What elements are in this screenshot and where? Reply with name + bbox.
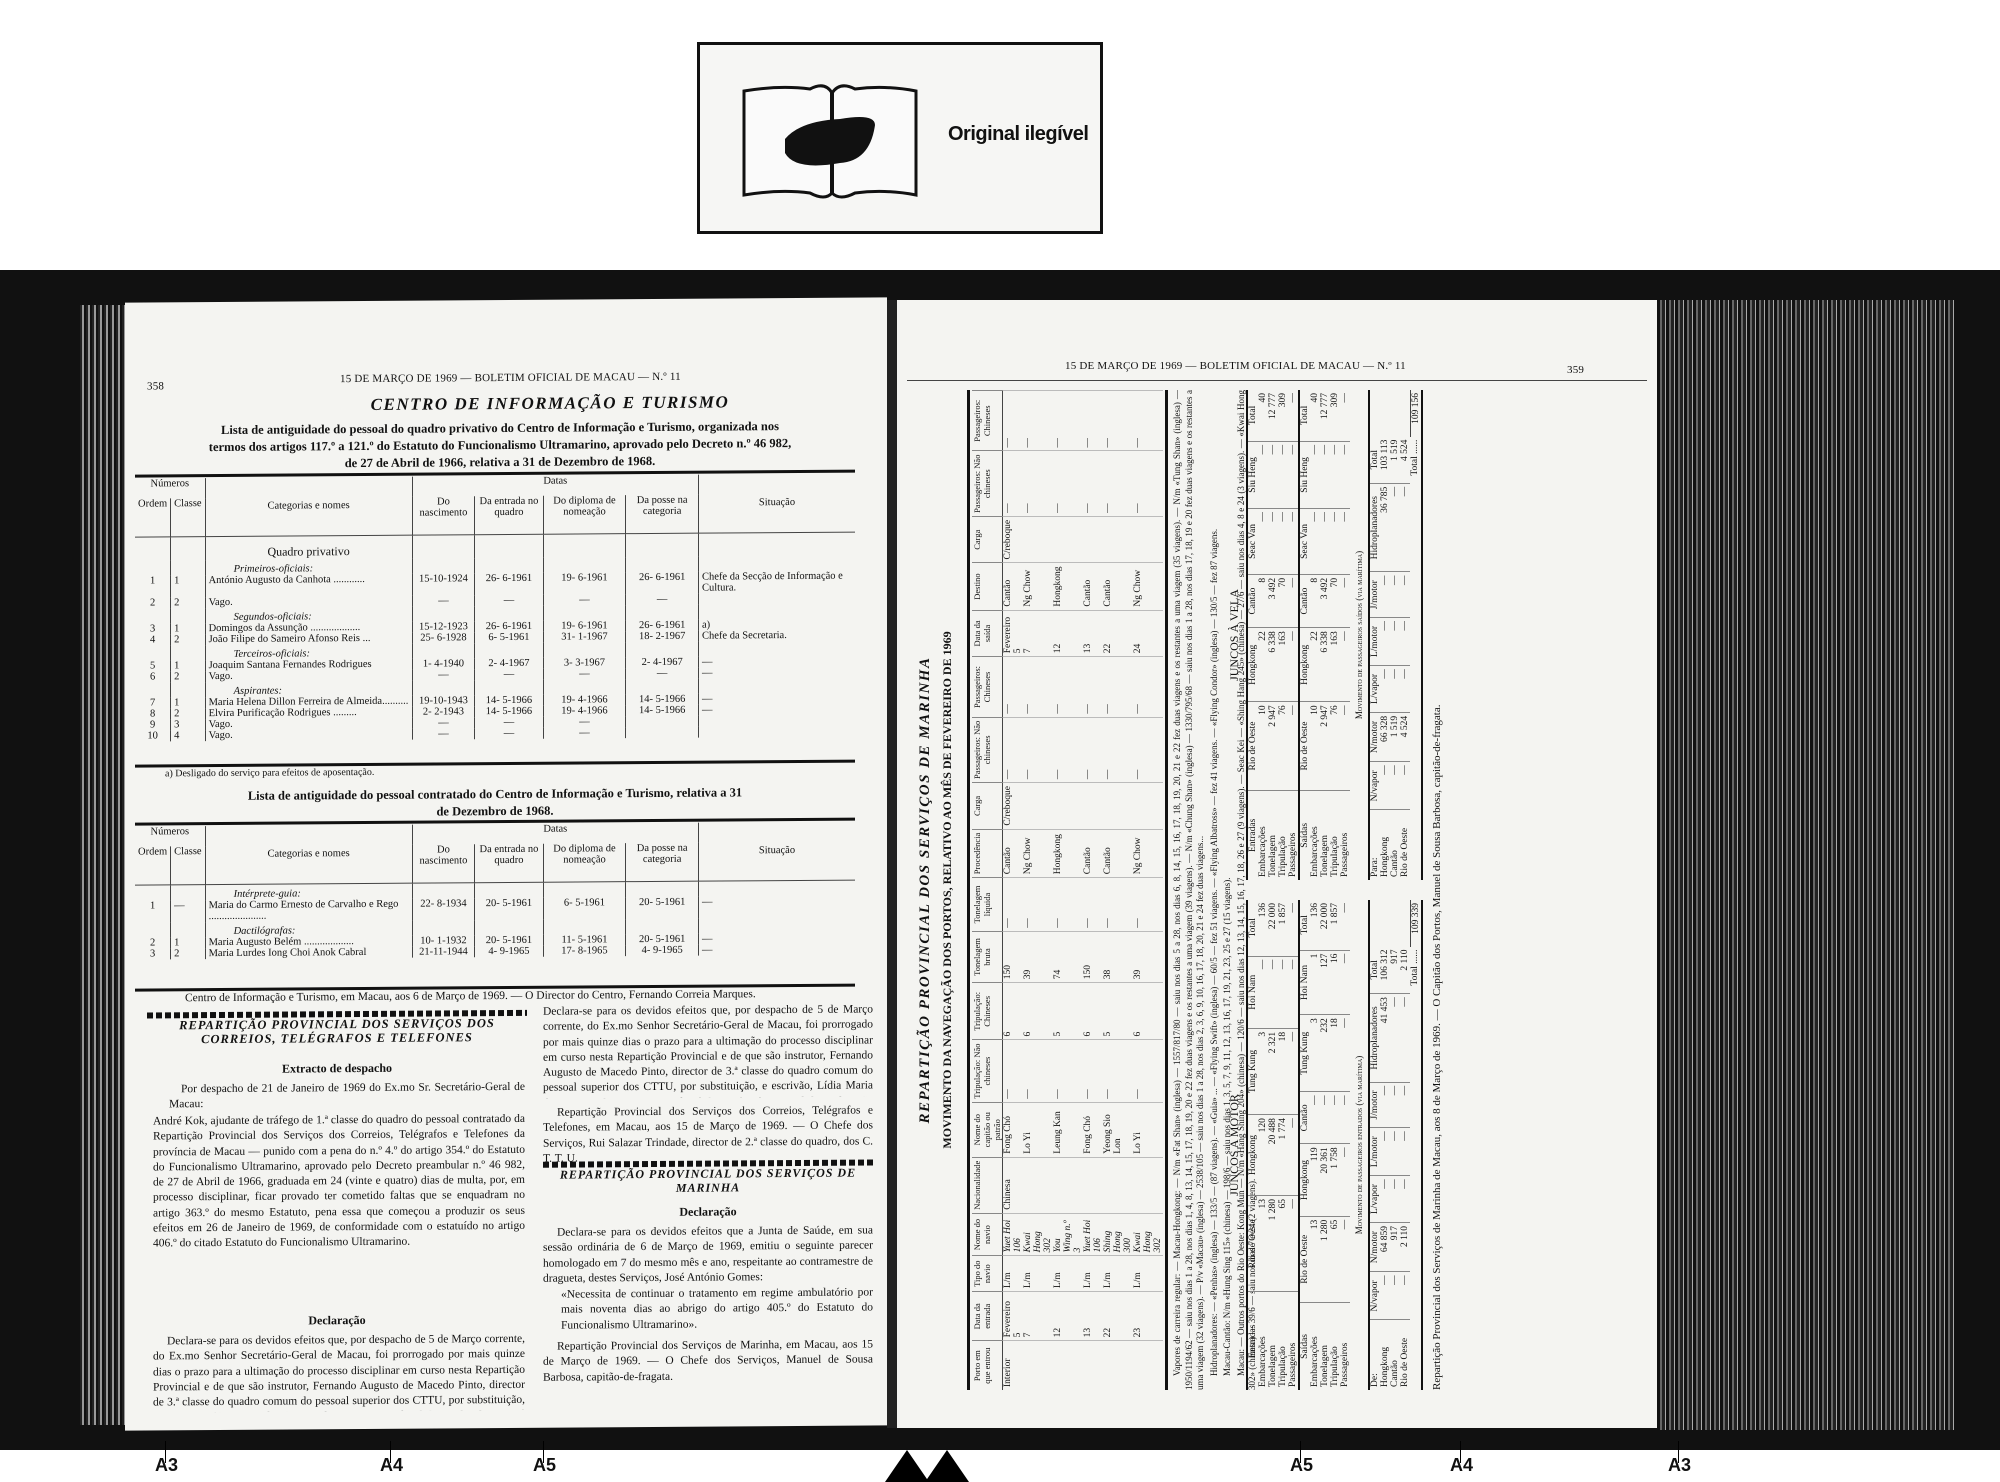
stat-value: — bbox=[1340, 628, 1350, 702]
film-mark: A4 bbox=[380, 1455, 403, 1476]
cell bbox=[626, 556, 699, 572]
stat-value: 1 857 bbox=[1278, 900, 1288, 956]
passenger-value: — bbox=[1380, 1176, 1390, 1223]
marinha-decl-body: Declara-se para os devidos efeitos que a… bbox=[543, 1223, 873, 1286]
center-marker-icon bbox=[885, 1450, 929, 1482]
nav-cell: — bbox=[1003, 451, 1024, 516]
left-page: 358 15 DE MARÇO DE 1969 — BOLETIM OFICIA… bbox=[125, 297, 887, 1430]
cell-classe: — bbox=[171, 900, 205, 922]
nav-cell: Fevereiro 5 bbox=[1003, 1292, 1024, 1341]
passenger-col: L/vapor bbox=[1369, 1176, 1380, 1223]
cell-diploma: — bbox=[543, 668, 626, 680]
stat-value: — bbox=[1258, 441, 1268, 508]
stat-value: — bbox=[1340, 950, 1350, 1015]
col-classe: Classe bbox=[171, 498, 205, 536]
passenger-value: — bbox=[1400, 1272, 1410, 1320]
stat-col: Siu Heng bbox=[1247, 441, 1258, 508]
passenger-col: Hidroplanadores bbox=[1369, 994, 1380, 1083]
nav-header: Passageiros: Chineses bbox=[972, 657, 1003, 717]
cell-diploma: 3- 3-1967 bbox=[543, 657, 626, 669]
passenger-origin: Cantão bbox=[1390, 810, 1400, 880]
nav-header: Nome do capitão ou patrão bbox=[972, 1102, 1003, 1157]
stat-value: 20 488 bbox=[1268, 1115, 1278, 1196]
cell bbox=[1410, 1320, 1422, 1390]
stat-row: Embarcações10228——40 bbox=[1258, 390, 1268, 880]
cell-nasc: 10- 1-1932 bbox=[412, 935, 475, 946]
cell bbox=[543, 557, 626, 573]
cell bbox=[475, 642, 543, 657]
nav-cell: Leung Kan bbox=[1053, 1102, 1083, 1157]
stat-col: Rio de Oeste bbox=[1299, 1216, 1310, 1302]
stat-value: — bbox=[1340, 441, 1350, 508]
cell-situacao bbox=[699, 725, 856, 737]
stat-value: — bbox=[1310, 1092, 1320, 1144]
cell-classe: 1 bbox=[171, 575, 205, 597]
col-nascimento: Do nascimento bbox=[412, 496, 475, 534]
nav-cell: L/m bbox=[1003, 1256, 1024, 1292]
extract-heading: Extracto de despacho bbox=[147, 1060, 527, 1078]
passenger-value: — bbox=[1380, 666, 1390, 713]
nav-header: Passageiros: Chineses bbox=[972, 391, 1003, 452]
passenger-value: — bbox=[1390, 572, 1400, 617]
running-header: 15 DE MARÇO DE 1969 — BOLETIM OFICIAL DE… bbox=[1065, 360, 1406, 372]
passenger-value: — bbox=[1400, 617, 1410, 665]
cell-nome: Vago. bbox=[205, 728, 412, 740]
extract-body: André Kok, ajudante de tráfego de 1.ª cl… bbox=[153, 1112, 525, 1252]
cell bbox=[171, 560, 205, 575]
passenger-col: Total bbox=[1369, 947, 1380, 994]
cell-diploma: 6- 5-1961 bbox=[543, 897, 626, 920]
extract-intro: Por despacho de 21 de Janeiro de 1969 do… bbox=[169, 1080, 525, 1113]
stat-row-label: Embarcações bbox=[1310, 1302, 1320, 1390]
nav-cell: Interior bbox=[1003, 1341, 1024, 1390]
cell-ordem: 2 bbox=[135, 937, 171, 948]
nav-cell: 5 bbox=[1103, 983, 1133, 1040]
cell-ordem: 8 bbox=[135, 708, 171, 719]
nav-cell bbox=[1083, 783, 1103, 830]
cell-entrada: — bbox=[475, 727, 543, 738]
stat-value: 76 bbox=[1278, 702, 1288, 790]
stat-row-label: Passageiros bbox=[1340, 790, 1350, 880]
passenger-origin: Rio de Oeste bbox=[1400, 1320, 1410, 1390]
stat-col: Seac Van bbox=[1299, 508, 1310, 574]
stat-value: 8 bbox=[1310, 574, 1320, 627]
stat-header: EntradasRio de OesteHongkongCantãoSeac V… bbox=[1247, 390, 1258, 880]
nav-header: Data da entrada bbox=[972, 1292, 1003, 1341]
stat-value: 40 bbox=[1310, 390, 1320, 441]
stat-row-label: Tonelagem bbox=[1268, 1292, 1278, 1390]
stat-value: — bbox=[1288, 956, 1298, 1028]
cell bbox=[171, 645, 205, 660]
juncos-vela-section: JUNCOS À VELA EntradasRio de OesteHongko… bbox=[1227, 390, 1423, 880]
stat-row: Tonelagem1 28020 361—23212722 000 bbox=[1320, 900, 1330, 1390]
nav-header: Nome do navio bbox=[972, 1213, 1003, 1256]
passenger-col: J/motor bbox=[1369, 1082, 1380, 1127]
stat-value: — bbox=[1340, 1015, 1350, 1092]
stat-value: 6 338 bbox=[1268, 628, 1278, 702]
cell-ordem: 3 bbox=[135, 623, 171, 634]
stat-row: Passageiros—————— bbox=[1288, 390, 1298, 880]
passenger-header: De:N/vaporN/motorL/vaporL/motorJ/motorHi… bbox=[1369, 900, 1380, 1390]
nav-header: Tripulação: Não chineses bbox=[972, 1040, 1003, 1102]
passenger-value: 1 519 bbox=[1390, 712, 1400, 761]
stat-value: 3 bbox=[1310, 1015, 1320, 1092]
stat-value: 163 bbox=[1278, 628, 1288, 702]
stat-col: Seac Van bbox=[1247, 508, 1258, 574]
stat-value: — bbox=[1340, 702, 1350, 790]
cell-diploma: 11- 5-1961 bbox=[543, 934, 626, 946]
stat-value: — bbox=[1288, 508, 1298, 574]
cell-posse: 14- 5-1966 bbox=[626, 693, 699, 705]
nav-cell bbox=[1023, 516, 1053, 563]
passenger-value: — bbox=[1380, 1272, 1390, 1320]
passenger-table: Movimento de passageiros saídos (via mar… bbox=[1354, 390, 1423, 880]
nav-cell: Kwai Hong 302 bbox=[1133, 1213, 1163, 1256]
cell-posse: 20- 5-1961 bbox=[626, 933, 699, 945]
passenger-dir-label: Para: bbox=[1369, 810, 1380, 880]
stat-table: EntradasRio de OesteHongkongCantãoSeac V… bbox=[1246, 390, 1298, 880]
cell-classe: 1 bbox=[171, 623, 205, 634]
passenger-value: 4 524 bbox=[1400, 712, 1410, 761]
nav-cell: 7 bbox=[1023, 1292, 1053, 1341]
right-page: 15 DE MARÇO DE 1969 — BOLETIM OFICIAL DE… bbox=[897, 300, 1657, 1428]
cell bbox=[475, 557, 543, 572]
passenger-title: Movimento de passageiros saídos (via mar… bbox=[1354, 390, 1364, 880]
film-strip bbox=[0, 1450, 2000, 1482]
nav-cell: Fong Chó bbox=[1083, 1102, 1103, 1157]
cell bbox=[135, 922, 171, 937]
film-mark: A3 bbox=[1668, 1455, 1691, 1476]
cell-posse: 20- 5-1961 bbox=[626, 896, 699, 919]
cell-posse: 26- 6-1961 bbox=[626, 619, 699, 631]
stat-row: Tonelagem2 9476 3383 492——12 777 bbox=[1320, 390, 1330, 880]
col-situacao: Situação bbox=[699, 474, 856, 533]
stat-value: 20 361 bbox=[1320, 1144, 1330, 1216]
stat-value: 76 bbox=[1330, 702, 1340, 790]
stat-col: Hongkong bbox=[1299, 628, 1310, 702]
cell bbox=[543, 881, 626, 897]
stat-value: — bbox=[1340, 1092, 1350, 1144]
stat-value: — bbox=[1310, 508, 1320, 574]
cell-situacao: Chefe da Secção de Informação e Cultura. bbox=[699, 570, 856, 593]
cell-nasc: 1- 4-1940 bbox=[412, 658, 475, 669]
stat-value: — bbox=[1288, 441, 1298, 508]
group-title: Quadro privativo bbox=[205, 535, 412, 560]
passenger-total-row: Total ......109 156 bbox=[1410, 390, 1422, 880]
cell bbox=[543, 919, 626, 935]
cell bbox=[135, 645, 171, 660]
cell-classe: 3 bbox=[171, 719, 205, 730]
cell bbox=[135, 682, 171, 697]
nav-cell: Shing Hong 300 bbox=[1103, 1213, 1133, 1256]
cell-ordem: 5 bbox=[135, 660, 171, 671]
stat-row-label: Tripulação bbox=[1278, 790, 1288, 880]
cell-ordem: 2 bbox=[135, 597, 171, 608]
nav-cell: Lo Yi bbox=[1133, 1102, 1163, 1157]
navigation-row: 22L/mShing Hong 300Yeong Sio Lon—538—Can… bbox=[1103, 391, 1133, 1391]
cell-entrada: — bbox=[475, 716, 543, 727]
nav-cell: Cantão bbox=[1103, 563, 1133, 610]
passenger-value: — bbox=[1400, 762, 1410, 810]
cell-posse: 26- 6-1961 bbox=[626, 571, 699, 594]
stat-value: 136 bbox=[1310, 900, 1320, 950]
navigation-row: InteriorFevereiro 5L/mYuet Hoi 106Chines… bbox=[1003, 391, 1024, 1391]
stat-value: 18 bbox=[1330, 1015, 1340, 1092]
cell-entrada: 26- 6-1961 bbox=[475, 572, 543, 594]
stat-table: SaídasRio de OesteHongkongCantãoTung Kun… bbox=[1298, 900, 1350, 1390]
stat-value: — bbox=[1340, 1216, 1350, 1302]
nav-cell: — bbox=[1053, 1040, 1083, 1102]
nav-cell bbox=[1133, 1157, 1163, 1213]
cell bbox=[171, 922, 205, 937]
stat-row-label: Tripulação bbox=[1330, 790, 1340, 880]
passenger-col: N/vapor bbox=[1369, 1272, 1380, 1320]
nav-cell: — bbox=[1053, 451, 1083, 516]
stat-value: — bbox=[1288, 1196, 1298, 1292]
stat-value: 3 492 bbox=[1320, 574, 1330, 627]
cell-nasc: 22- 8-1934 bbox=[412, 898, 475, 920]
passenger-row: Rio de Oeste—4 524————4 524 bbox=[1400, 390, 1410, 880]
nav-cell: Yeong Sio Lon bbox=[1103, 1102, 1133, 1157]
stat-row: Tripulação651 758—18161 857 bbox=[1330, 900, 1340, 1390]
nav-header: Nacionalidade bbox=[972, 1157, 1003, 1213]
nav-cell: — bbox=[1103, 451, 1133, 516]
nav-cell: 24 bbox=[1133, 610, 1163, 657]
nav-cell: 6 bbox=[1083, 983, 1103, 1040]
film-mark: A5 bbox=[533, 1455, 556, 1476]
nav-cell bbox=[1053, 516, 1083, 563]
cell-ordem: 4 bbox=[135, 634, 171, 645]
marinha-decl-heading: Declaração bbox=[543, 1203, 873, 1220]
cell bbox=[135, 884, 171, 900]
nav-cell: Fevereiro 5 bbox=[1003, 610, 1024, 657]
nav-cell bbox=[1053, 783, 1083, 830]
cell-entrada: 14- 5-1966 bbox=[475, 694, 543, 705]
section-title: CENTRO DE INFORMAÇÃO E TURISMO bbox=[350, 392, 750, 415]
passenger-total-label: Total ...... bbox=[1410, 437, 1422, 810]
stat-col: Total bbox=[1247, 900, 1258, 956]
stat-value: 309 bbox=[1278, 390, 1288, 441]
cell-diploma: 19- 6-1961 bbox=[543, 620, 626, 632]
stat-value: — bbox=[1288, 1028, 1298, 1114]
cell bbox=[543, 642, 626, 658]
juncos-motor-title: JUNCOS A MOTOR bbox=[1227, 900, 1242, 1390]
nav-cell bbox=[1053, 1157, 1083, 1213]
passenger-col: Hidroplanadores bbox=[1369, 483, 1380, 572]
stat-group-label: Saídas bbox=[1299, 1302, 1310, 1390]
cell-posse bbox=[626, 715, 699, 727]
category-label: Dactilógrafas: bbox=[205, 920, 412, 936]
col-diploma: Do diploma de nomeação bbox=[543, 495, 626, 534]
cell bbox=[171, 682, 205, 697]
col-categorias: Categorias e nomes bbox=[205, 477, 412, 536]
stat-value: — bbox=[1288, 702, 1298, 790]
stat-row-label: Passageiros bbox=[1340, 1302, 1350, 1390]
stat-group-label: Saídas bbox=[1299, 790, 1310, 880]
col-entrada: Da entrada no quadro bbox=[475, 496, 543, 534]
passenger-value: — bbox=[1390, 1128, 1400, 1176]
marinha-section-title: REPARTIÇÃO PROVINCIAL DOS SERVIÇOS DE MA… bbox=[917, 390, 934, 1390]
passenger-col: L/motor bbox=[1369, 617, 1380, 665]
nav-cell: — bbox=[1003, 717, 1024, 782]
stat-value: — bbox=[1278, 508, 1288, 574]
nav-cell bbox=[1133, 516, 1163, 563]
stat-value: 18 bbox=[1278, 1028, 1288, 1114]
passenger-header: Para:N/vaporN/motorL/vaporL/motorJ/motor… bbox=[1369, 390, 1380, 880]
nav-cell: 5 bbox=[1053, 983, 1083, 1040]
nav-cell: — bbox=[1023, 391, 1053, 452]
cell-classe: 1 bbox=[171, 660, 205, 671]
cell-entrada: 26- 6-1961 bbox=[475, 620, 543, 631]
passenger-value: 64 859 bbox=[1380, 1222, 1390, 1271]
nav-cell: 13 bbox=[1083, 610, 1103, 657]
nav-cell: — bbox=[1103, 657, 1133, 717]
cell bbox=[412, 680, 475, 695]
cell-posse: — bbox=[626, 667, 699, 679]
stat-value: 65 bbox=[1330, 1216, 1340, 1302]
stat-col: Hongkong bbox=[1247, 1115, 1258, 1196]
stat-row: Tripulação7616370——309 bbox=[1278, 390, 1288, 880]
nav-cell: Yuet Hoi 106 bbox=[1083, 1213, 1103, 1256]
nav-cell: — bbox=[1023, 717, 1053, 782]
nav-header: Passageiros: Não chineses bbox=[972, 451, 1003, 516]
cell-ordem: 10 bbox=[135, 730, 171, 741]
nav-cell: — bbox=[1003, 878, 1024, 932]
marinha-quote: «Necessita de continuar o tratamento em … bbox=[561, 1285, 873, 1333]
nav-cell: Ng Chow bbox=[1133, 829, 1163, 878]
passenger-total: 109 339 bbox=[1410, 900, 1422, 947]
stat-col: Cantão bbox=[1299, 574, 1310, 627]
nav-cell: — bbox=[1133, 717, 1163, 782]
list2-title: Lista de antiguidade do pessoal contrata… bbox=[245, 784, 745, 821]
damaged-book-icon bbox=[740, 83, 920, 201]
nav-cell: — bbox=[1133, 1040, 1163, 1102]
passenger-value: 2 110 bbox=[1400, 1222, 1410, 1271]
nav-header: Tripulação: Chineses bbox=[972, 983, 1003, 1040]
nav-header: Procedência bbox=[972, 829, 1003, 878]
cell bbox=[626, 678, 699, 694]
cell-nasc: 15-12-1923 bbox=[412, 621, 475, 632]
stat-value: — bbox=[1330, 508, 1340, 574]
cell-nome: Maria do Carmo Ernesto de Carvalho e Reg… bbox=[205, 898, 412, 921]
seniority-table-2: Números Categorias e nomes Datas Situaçã… bbox=[135, 822, 855, 960]
nav-cell: Cantão bbox=[1083, 563, 1103, 610]
navigation-table: Porto em que entrouData da entradaTipo d… bbox=[972, 390, 1163, 1390]
nav-cell: Cantão bbox=[1003, 563, 1024, 610]
seniority-table-1: Números Categorias e nomes Datas Situaçã… bbox=[135, 474, 855, 742]
passenger-origin: Hongkong bbox=[1380, 1320, 1390, 1390]
stat-value: 1 774 bbox=[1278, 1115, 1288, 1196]
stat-table: EntradasRio de OesteHongkongTung KungHoi… bbox=[1246, 900, 1298, 1390]
passenger-table-grid: Para:N/vaporN/motorL/vaporL/motorJ/motor… bbox=[1368, 390, 1423, 880]
rule bbox=[907, 380, 1647, 381]
passenger-total-label: Total ...... bbox=[1410, 947, 1422, 1320]
passenger-value: — bbox=[1400, 1176, 1410, 1223]
stat-value: — bbox=[1320, 1092, 1330, 1144]
nav-cell: Yuet Hoi 106 bbox=[1003, 1213, 1024, 1256]
stat-col: Total bbox=[1247, 390, 1258, 441]
passenger-col: Total bbox=[1369, 437, 1380, 484]
col-situacao: Situação bbox=[699, 822, 856, 881]
right-page-edges bbox=[1657, 300, 1957, 1430]
cell-nome: Maria Helena Dillon Ferreira de Almeida.… bbox=[205, 695, 412, 707]
passenger-row: Cantão—1 519————1 519 bbox=[1390, 390, 1400, 880]
cell bbox=[1410, 810, 1422, 880]
stat-col: Rio de Oeste bbox=[1299, 702, 1310, 790]
passenger-value: 1 519 bbox=[1390, 437, 1400, 484]
cell-nome: António Augusto da Canhota ............ bbox=[205, 573, 412, 596]
nav-cell: L/m bbox=[1053, 1256, 1083, 1292]
cell bbox=[475, 679, 543, 694]
stat-value: 12 777 bbox=[1320, 390, 1330, 441]
stat-value: — bbox=[1268, 956, 1278, 1028]
juncos-vela-tables: EntradasRio de OesteHongkongCantãoSeac V… bbox=[1246, 390, 1423, 880]
navigation-table-block: Porto em que entrouData da entradaTipo d… bbox=[967, 390, 1261, 1390]
nav-cell: 12 bbox=[1053, 1292, 1083, 1341]
cell bbox=[171, 608, 205, 623]
cell-nasc: — bbox=[412, 728, 475, 739]
stat-value: — bbox=[1288, 390, 1298, 441]
cell-entrada: 4- 9-1965 bbox=[475, 945, 543, 956]
decl-heading: Declaração bbox=[147, 1312, 527, 1330]
cell bbox=[626, 604, 699, 620]
nav-cell: 150 bbox=[1083, 931, 1103, 982]
cell bbox=[135, 608, 171, 623]
nav-cell: 22 bbox=[1103, 1292, 1133, 1341]
category-label: Intérprete-guia: bbox=[205, 883, 412, 900]
cell bbox=[475, 882, 543, 898]
col-nascimento: Do nascimento bbox=[412, 844, 475, 882]
cell-diploma: 19- 4-1966 bbox=[543, 694, 626, 706]
marinha-signoff: Repartição Provincial dos Serviços de Ma… bbox=[543, 1337, 873, 1385]
film-mark: A3 bbox=[155, 1455, 178, 1476]
stat-header: SaídasRio de OesteHongkongCantãoTung Kun… bbox=[1299, 900, 1310, 1390]
cell-nasc: 25- 6-1928 bbox=[412, 632, 475, 643]
cell-ordem: 1 bbox=[135, 575, 171, 597]
stat-value: 22 000 bbox=[1268, 900, 1278, 956]
passenger-value: — bbox=[1400, 1128, 1410, 1176]
nav-cell: 12 bbox=[1053, 610, 1083, 657]
stat-value: 1 bbox=[1310, 950, 1320, 1015]
passenger-value: 103 113 bbox=[1380, 437, 1390, 484]
passenger-title: Movimento de passageiros entrados (via m… bbox=[1354, 900, 1364, 1390]
nav-cell: — bbox=[1133, 391, 1163, 452]
passenger-value: — bbox=[1390, 1176, 1400, 1223]
cell-ordem: 3 bbox=[135, 948, 171, 959]
stat-value: — bbox=[1340, 1144, 1350, 1216]
nav-header: Destino bbox=[972, 563, 1003, 610]
stat-value: 16 bbox=[1330, 950, 1340, 1015]
cell-classe: 2 bbox=[171, 634, 205, 645]
nav-header: Data da saída bbox=[972, 610, 1003, 657]
stat-value: 2 321 bbox=[1268, 1028, 1278, 1114]
passenger-value: 4 524 bbox=[1400, 437, 1410, 484]
cell-classe: 2 bbox=[171, 597, 205, 608]
stat-col: Siu Heng bbox=[1299, 441, 1310, 508]
nav-cell: Ng Chow bbox=[1023, 563, 1053, 610]
passenger-value: 41 453 bbox=[1380, 994, 1390, 1083]
cell-nasc: 2- 2-1943 bbox=[412, 706, 475, 717]
category-label: Terceiros-oficiais: bbox=[205, 643, 412, 659]
navigation-note: Hidroplanadores: — «Penhas» (inglesa) — … bbox=[1209, 390, 1221, 1390]
cell-nasc: 15-10-1924 bbox=[412, 573, 475, 595]
stat-value: — bbox=[1340, 390, 1350, 441]
stat-group-label: Entradas bbox=[1247, 790, 1258, 880]
nav-cell: C/reboque bbox=[1003, 516, 1024, 563]
nav-cell: L/m bbox=[1083, 1256, 1103, 1292]
passenger-dir-label: De: bbox=[1369, 1320, 1380, 1390]
cell-diploma: — bbox=[543, 716, 626, 728]
